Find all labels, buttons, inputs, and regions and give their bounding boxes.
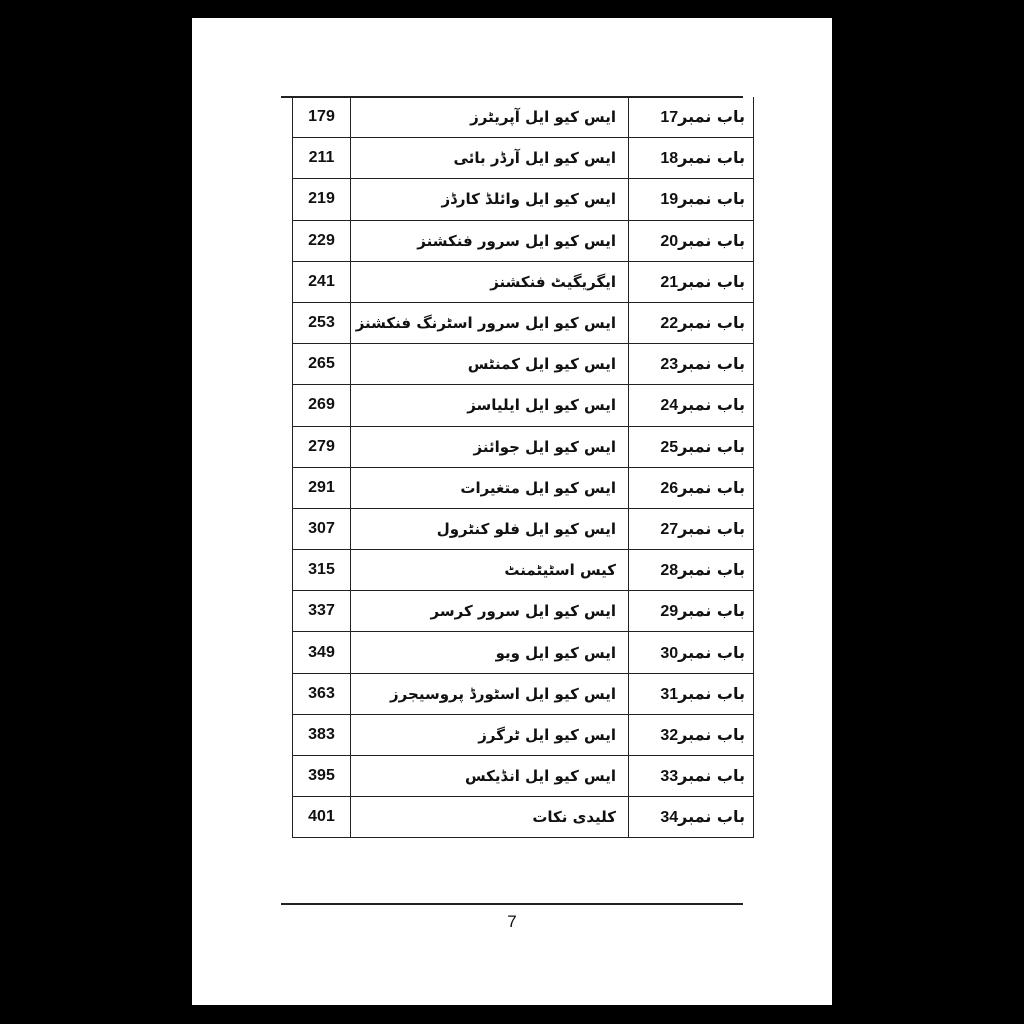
chapter-prefix: باب نمبر — [678, 643, 745, 662]
page-ref: 383 — [293, 714, 351, 755]
table-of-contents: 179ایس کیو ایل آپریٹرزباب نمبر17 211ایس … — [292, 97, 754, 838]
page-ref: 179 — [293, 97, 351, 138]
toc-row: 307ایس کیو ایل فلو کنٹرولباب نمبر27 — [293, 508, 754, 549]
chapter-number: 17 — [660, 109, 678, 126]
chapter-label: باب نمبر34 — [629, 797, 754, 838]
chapter-number: 25 — [660, 439, 678, 456]
page-ref: 253 — [293, 302, 351, 343]
footer-rule — [281, 903, 743, 905]
chapter-prefix: باب نمبر — [678, 807, 745, 826]
chapter-title: ایس کیو ایل وائلڈ کارڈز — [351, 179, 629, 220]
chapter-label: باب نمبر33 — [629, 756, 754, 797]
toc-row: 241ایگریگیٹ فنکشنزباب نمبر21 — [293, 261, 754, 302]
page-number: 7 — [192, 912, 832, 932]
toc-row: 179ایس کیو ایل آپریٹرزباب نمبر17 — [293, 97, 754, 138]
toc-row: 383ایس کیو ایل ٹرگرزباب نمبر32 — [293, 714, 754, 755]
chapter-title: کیس اسٹیٹمنٹ — [351, 550, 629, 591]
chapter-title: ایس کیو ایل آپریٹرز — [351, 97, 629, 138]
chapter-title: ایس کیو ایل متغیرات — [351, 467, 629, 508]
toc-row: 265ایس کیو ایل کمنٹسباب نمبر23 — [293, 344, 754, 385]
chapter-prefix: باب نمبر — [678, 231, 745, 250]
toc-row: 279ایس کیو ایل جوائنزباب نمبر25 — [293, 426, 754, 467]
toc-row: 229ایس کیو ایل سرور فنکشنزباب نمبر20 — [293, 220, 754, 261]
toc-row: 363ایس کیو ایل اسٹورڈ پروسیجرزباب نمبر31 — [293, 673, 754, 714]
chapter-number: 24 — [660, 397, 678, 414]
toc-row: 401کلیدی نکاتباب نمبر34 — [293, 797, 754, 838]
chapter-title: کلیدی نکات — [351, 797, 629, 838]
page-ref: 265 — [293, 344, 351, 385]
toc-row: 315کیس اسٹیٹمنٹباب نمبر28 — [293, 550, 754, 591]
chapter-label: باب نمبر23 — [629, 344, 754, 385]
chapter-title: ایگریگیٹ فنکشنز — [351, 261, 629, 302]
toc-row: 349ایس کیو ایل ویوباب نمبر30 — [293, 632, 754, 673]
chapter-label: باب نمبر29 — [629, 591, 754, 632]
page-ref: 291 — [293, 467, 351, 508]
chapter-label: باب نمبر17 — [629, 97, 754, 138]
chapter-prefix: باب نمبر — [678, 684, 745, 703]
chapter-number: 30 — [660, 645, 678, 662]
toc-row: 269ایس کیو ایل ایلیاسزباب نمبر24 — [293, 385, 754, 426]
page-ref: 307 — [293, 508, 351, 549]
chapter-label: باب نمبر21 — [629, 261, 754, 302]
document-page: 179ایس کیو ایل آپریٹرزباب نمبر17 211ایس … — [192, 18, 832, 1005]
chapter-number: 22 — [660, 315, 678, 332]
chapter-prefix: باب نمبر — [678, 272, 745, 291]
chapter-number: 20 — [660, 233, 678, 250]
toc-row: 219ایس کیو ایل وائلڈ کارڈزباب نمبر19 — [293, 179, 754, 220]
chapter-prefix: باب نمبر — [678, 725, 745, 744]
chapter-title: ایس کیو ایل انڈیکس — [351, 756, 629, 797]
chapter-title: ایس کیو ایل ٹرگرز — [351, 714, 629, 755]
chapter-number: 33 — [660, 768, 678, 785]
chapter-title: ایس کیو ایل اسٹورڈ پروسیجرز — [351, 673, 629, 714]
chapter-label: باب نمبر25 — [629, 426, 754, 467]
chapter-prefix: باب نمبر — [678, 148, 745, 167]
chapter-label: باب نمبر20 — [629, 220, 754, 261]
page-ref: 315 — [293, 550, 351, 591]
chapter-title: ایس کیو ایل کمنٹس — [351, 344, 629, 385]
chapter-number: 32 — [660, 727, 678, 744]
chapter-number: 29 — [660, 603, 678, 620]
chapter-number: 18 — [660, 150, 678, 167]
chapter-label: باب نمبر31 — [629, 673, 754, 714]
chapter-title: ایس کیو ایل ایلیاسز — [351, 385, 629, 426]
page-ref: 337 — [293, 591, 351, 632]
chapter-title: ایس کیو ایل سرور کرسر — [351, 591, 629, 632]
toc-row: 395ایس کیو ایل انڈیکسباب نمبر33 — [293, 756, 754, 797]
toc-row: 253ایس کیو ایل سرور اسٹرنگ فنکشنزباب نمب… — [293, 302, 754, 343]
chapter-label: باب نمبر26 — [629, 467, 754, 508]
chapter-number: 31 — [660, 686, 678, 703]
chapter-label: باب نمبر19 — [629, 179, 754, 220]
chapter-number: 26 — [660, 480, 678, 497]
chapter-label: باب نمبر24 — [629, 385, 754, 426]
page-ref: 229 — [293, 220, 351, 261]
toc-row: 291ایس کیو ایل متغیراتباب نمبر26 — [293, 467, 754, 508]
chapter-label: باب نمبر22 — [629, 302, 754, 343]
chapter-title: ایس کیو ایل سرور اسٹرنگ فنکشنز — [351, 302, 629, 343]
page-ref: 269 — [293, 385, 351, 426]
page-ref: 219 — [293, 179, 351, 220]
chapter-label: باب نمبر27 — [629, 508, 754, 549]
chapter-prefix: باب نمبر — [678, 560, 745, 579]
page-ref: 395 — [293, 756, 351, 797]
page-ref: 349 — [293, 632, 351, 673]
chapter-prefix: باب نمبر — [678, 189, 745, 208]
chapter-prefix: باب نمبر — [678, 519, 745, 538]
chapter-prefix: باب نمبر — [678, 766, 745, 785]
toc-row: 337ایس کیو ایل سرور کرسرباب نمبر29 — [293, 591, 754, 632]
chapter-label: باب نمبر28 — [629, 550, 754, 591]
chapter-title: ایس کیو ایل ویو — [351, 632, 629, 673]
chapter-title: ایس کیو ایل آرڈر بائی — [351, 138, 629, 179]
chapter-prefix: باب نمبر — [678, 354, 745, 373]
chapter-number: 34 — [660, 809, 678, 826]
page-ref: 241 — [293, 261, 351, 302]
page-ref: 279 — [293, 426, 351, 467]
chapter-title: ایس کیو ایل سرور فنکشنز — [351, 220, 629, 261]
chapter-number: 23 — [660, 356, 678, 373]
chapter-prefix: باب نمبر — [678, 313, 745, 332]
chapter-number: 19 — [660, 191, 678, 208]
chapter-prefix: باب نمبر — [678, 395, 745, 414]
chapter-prefix: باب نمبر — [678, 437, 745, 456]
page-ref: 211 — [293, 138, 351, 179]
chapter-prefix: باب نمبر — [678, 107, 745, 126]
toc-row: 211ایس کیو ایل آرڈر بائیباب نمبر18 — [293, 138, 754, 179]
page-ref: 401 — [293, 797, 351, 838]
chapter-number: 28 — [660, 562, 678, 579]
chapter-label: باب نمبر32 — [629, 714, 754, 755]
chapter-number: 27 — [660, 521, 678, 538]
chapter-prefix: باب نمبر — [678, 601, 745, 620]
chapter-label: باب نمبر30 — [629, 632, 754, 673]
chapter-label: باب نمبر18 — [629, 138, 754, 179]
chapter-title: ایس کیو ایل جوائنز — [351, 426, 629, 467]
page-ref: 363 — [293, 673, 351, 714]
chapter-number: 21 — [660, 274, 678, 291]
chapter-title: ایس کیو ایل فلو کنٹرول — [351, 508, 629, 549]
chapter-prefix: باب نمبر — [678, 478, 745, 497]
